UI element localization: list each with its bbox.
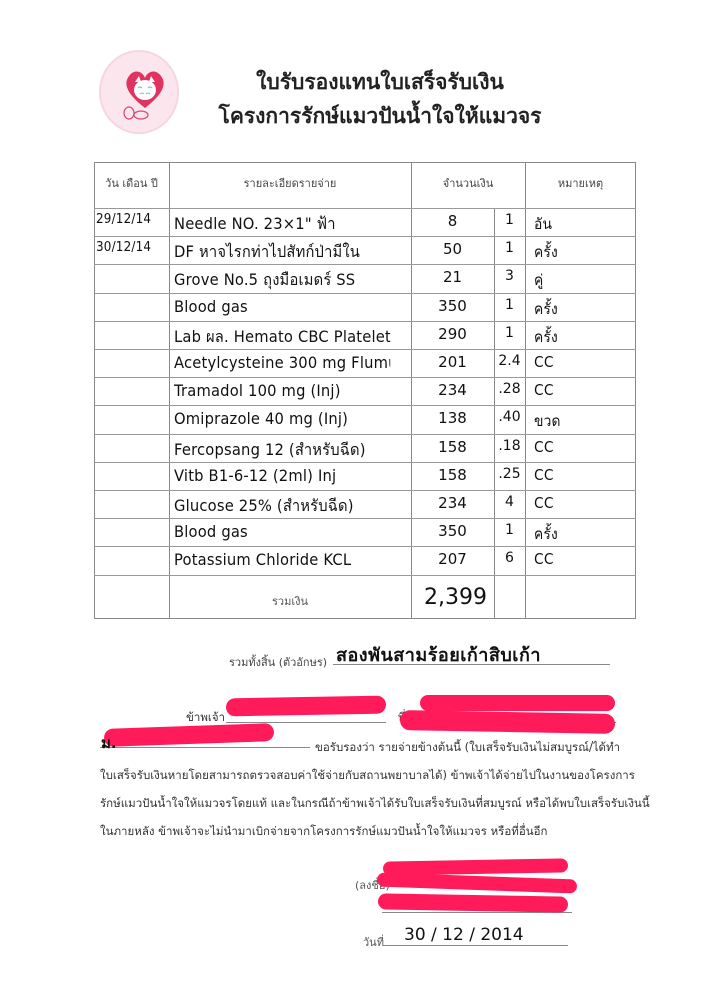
row-qty: .25 [494,466,525,482]
row-note: คู่ [534,268,617,292]
row-divider [94,490,636,491]
row-divider [94,377,636,378]
row-amount: 50 [411,240,494,258]
row-detail: Omiprazole 40 mg (Inj) [174,409,390,428]
row-amount: 350 [411,522,494,540]
row-detail: Potassium Chloride KCL [174,550,390,569]
total-words-label: รวมทั้งสิ้น (ตัวอักษร) [229,653,327,671]
row-qty: 1 [494,297,525,313]
row-divider [94,575,636,576]
row-divider [94,208,636,209]
row-amount: 21 [411,268,494,286]
row-qty: .40 [494,409,525,425]
row-note: ครั้ง [534,240,617,264]
date-line [383,945,568,946]
row-note: CC [534,550,617,568]
declaration-line-2: ใบเสร็จรับเงินหายโดยสามารถตรวจสอบค่าใช้จ… [100,767,635,785]
row-divider [94,546,636,547]
row-note: ครั้ง [534,297,617,321]
date-label: วันที่ [363,933,384,951]
redaction-mark [420,695,615,711]
row-qty: 1 [494,240,525,256]
heart-cat-icon [123,68,167,110]
row-qty: 1 [494,325,525,341]
row-date: 30/12/14 [96,240,162,255]
row-qty: .28 [494,381,525,397]
row-note: ครั้ง [534,325,617,349]
row-detail: Blood gas [174,522,390,541]
row-amount: 234 [411,494,494,512]
row-qty: 6 [494,550,525,566]
declaration-line-3: รักษ์แมวปันน้ำใจให้แมวจรโดยแท้ และในกรณี… [100,795,650,813]
redaction-mark [400,710,615,734]
expense-table: วัน เดือน ปี รายละเอียดรายจ่าย จำนวนเงิน… [94,162,636,619]
row-note: ครั้ง [534,522,617,546]
row-amount: 207 [411,550,494,568]
row-amount: 138 [411,409,494,427]
row-note: CC [534,381,617,399]
row-note: CC [534,466,617,484]
row-detail: Glucose 25% (สำหรับฉีด) [174,494,390,519]
row-divider [94,321,636,322]
redaction-mark [226,696,386,717]
declaration-line-4: ในภายหลัง ข้าพเจ้าจะไม่นำมาเบิกจ่ายจากโค… [100,823,547,841]
project-logo [99,50,179,134]
row-date: 29/12/14 [96,212,162,227]
row-detail: Tramadol 100 mg (Inj) [174,381,390,400]
row-note: CC [534,494,617,512]
row-detail: Grove No.5 ถุงมือเมดร์ SS [174,268,390,293]
row-divider [94,434,636,435]
row-detail: Fercopsang 12 (สำหรับฉีด) [174,438,390,463]
header-note: หมายเหตุ [525,174,636,192]
row-amount: 350 [411,297,494,315]
row-amount: 158 [411,438,494,456]
total-value: 2,399 [424,585,487,610]
header-detail: รายละเอียดรายจ่าย [169,174,411,192]
row-detail: Vitb B1-6-12 (2ml) Inj [174,466,390,485]
row-amount: 201 [411,353,494,371]
row-detail: Blood gas [174,297,390,316]
row-qty: 1 [494,212,525,228]
row-qty: 3 [494,268,525,284]
row-amount: 158 [411,466,494,484]
project-name: โครงการรักษ์แมวปันน้ำใจให้แมวจร [200,100,560,133]
row-note: ขวด [534,409,617,433]
row-note: CC [534,353,617,371]
redaction-mark [104,723,275,747]
header-date: วัน เดือน ปี [94,174,169,192]
row-amount: 290 [411,325,494,343]
total-words-line [333,664,610,665]
row-amount: 8 [411,212,494,230]
redaction-mark [377,873,577,894]
total-label: รวมเงิน [169,592,411,610]
paws-icon [121,106,151,120]
row-note: CC [534,438,617,456]
row-amount: 234 [411,381,494,399]
row-detail: DF หาจไรกท่าไปสัทก์ป่ามีใน [174,240,390,265]
row-detail: Lab ผล. Hemato CBC Platelet [174,325,390,350]
document-title: ใบรับรองแทนใบเสร็จรับเงิน [200,66,560,99]
column-divider [525,162,526,619]
date-value: 30 / 12 / 2014 [404,925,524,945]
row-qty: 4 [494,494,525,510]
row-detail: Acetylcysteine 300 mg Flumucil [174,353,390,372]
redaction-mark [378,893,568,912]
declaration-line-1: ขอรับรองว่า รายจ่ายข้างต้นนี้ (ใบเสร็จรั… [315,739,620,757]
row-divider [94,405,636,406]
row-note: อัน [534,212,617,236]
row-qty: 1 [494,522,525,538]
address-line-2 [100,747,310,748]
row-qty: .18 [494,438,525,454]
row-qty: 2.4 [494,353,525,369]
header-amount: จำนวนเงิน [411,174,525,192]
address-prefix: ม. [101,731,117,755]
row-detail: Needle NO. 23×1" ฟ้า [174,212,390,237]
column-divider [169,162,170,619]
